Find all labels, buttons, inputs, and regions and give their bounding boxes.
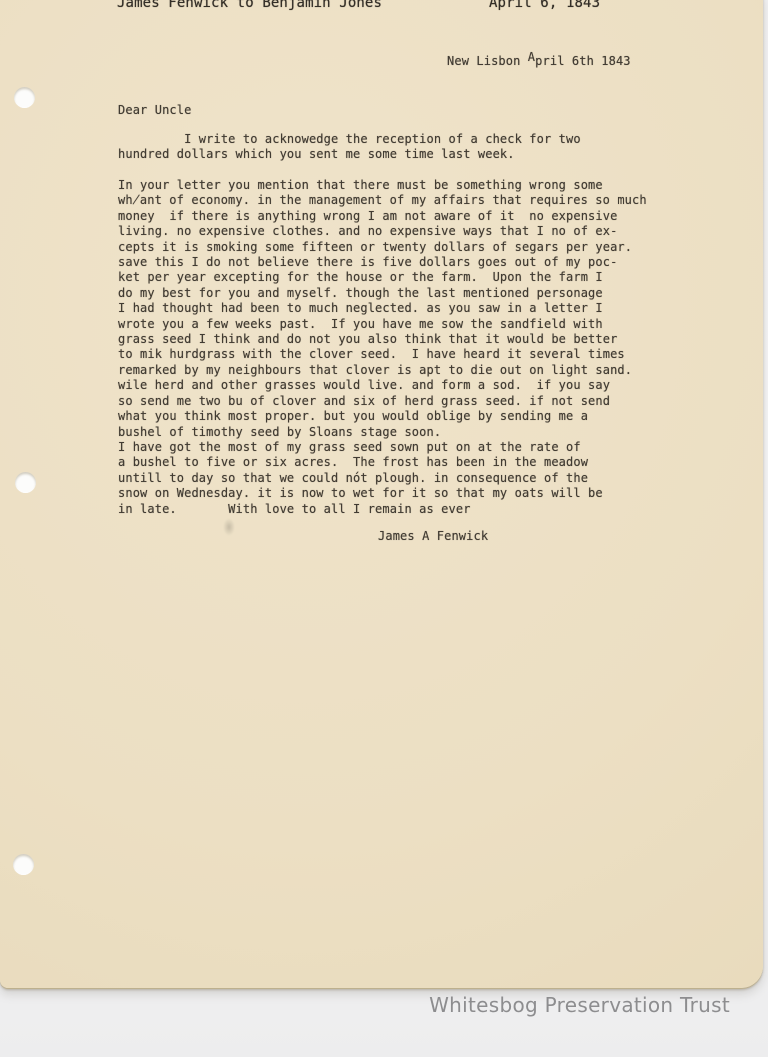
salutation: Dear Uncle [118, 103, 191, 117]
scan-background: James Fenwick to Benjamin Jones April 6,… [0, 0, 768, 1057]
dateline-raised-letter: A [528, 50, 535, 64]
archival-annotation-date: April 6, 1843 [489, 0, 600, 11]
letter-dateline: New Lisbon April 6th 1843 [447, 54, 631, 68]
signature: James A Fenwick [378, 529, 488, 543]
letter-paper: James Fenwick to Benjamin Jones April 6,… [0, 0, 763, 988]
watermark-text: Whitesbog Preservation Trust [429, 993, 730, 1017]
body-paragraph: In your letter you mention that there mu… [118, 178, 647, 517]
punch-hole-top [14, 87, 35, 108]
dateline-prefix: New Lisbon [447, 54, 528, 68]
punch-hole-bottom [13, 854, 34, 875]
archival-annotation-correspondents: James Fenwick to Benjamin Jones [117, 0, 382, 11]
punch-hole-middle [15, 472, 36, 493]
dateline-suffix: pril 6th 1843 [535, 54, 630, 68]
ink-smudge [221, 515, 237, 539]
opening-paragraph: I write to acknowedge the reception of a… [118, 132, 581, 163]
